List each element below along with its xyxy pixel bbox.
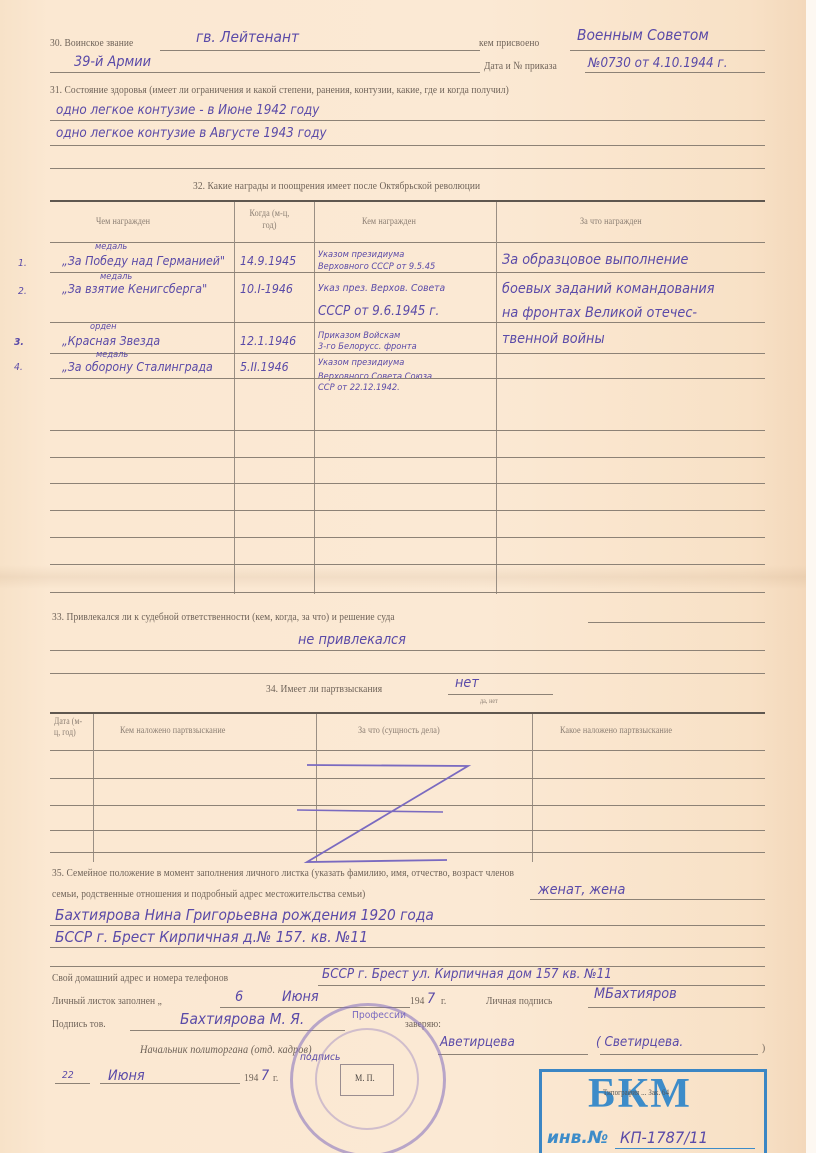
award-by-1b: Верховного СССР от 9.5.45 bbox=[318, 262, 435, 272]
party-penalty-label: 34. Имеет ли партвзыскания bbox=[266, 683, 382, 695]
award-by-1a: Указом президиума bbox=[318, 250, 404, 260]
award-type-3: орден bbox=[90, 322, 117, 332]
paper-edge bbox=[806, 0, 816, 1153]
chief-close: ) bbox=[762, 1042, 765, 1054]
awards-empty-rule bbox=[50, 430, 765, 431]
party-penalty-line bbox=[448, 694, 553, 695]
award-reason-line-1: За образцовое выполнение bbox=[502, 252, 688, 268]
award-type-2: медаль bbox=[100, 272, 132, 282]
inventory-label: инв.№ bbox=[547, 1128, 608, 1148]
party-penalty-hint: да, нет bbox=[480, 697, 498, 705]
awards-row-rule-1 bbox=[50, 272, 765, 273]
health-rule-2 bbox=[50, 145, 765, 146]
assigned-by-label: кем присвоено bbox=[479, 37, 539, 49]
health-line-2: одно легкое контузие в Августе 1943 году bbox=[56, 126, 327, 141]
assigned-by-value: Военным Советом bbox=[577, 26, 709, 44]
penalty-col-reason: За что (сущность дела) bbox=[358, 726, 440, 736]
award-by-3b: 3-го Белорусс. фронта bbox=[318, 342, 417, 352]
chief-name-line bbox=[600, 1054, 758, 1055]
seal-place-text: М. П. bbox=[355, 1074, 375, 1084]
awards-header-rule bbox=[50, 242, 765, 243]
inventory-number: КП-1787/11 bbox=[620, 1128, 708, 1147]
awards-col-when: Когда (м-ц, год) bbox=[248, 208, 291, 232]
order-value: №0730 от 4.10.1944 г. bbox=[588, 56, 728, 71]
award-date-2: 10.I-1946 bbox=[240, 282, 293, 296]
seal-arc-text: Профессии bbox=[352, 1010, 406, 1021]
inventory-line bbox=[615, 1148, 755, 1149]
cert-date-month: Июня bbox=[108, 1068, 145, 1084]
penalty-col-divider-3 bbox=[532, 714, 533, 862]
award-reason-line-4: твенной войны bbox=[502, 331, 605, 347]
award-by-4a: Указом президиума bbox=[318, 358, 404, 368]
filled-year-prefix: 194 bbox=[410, 995, 424, 1007]
personal-signature-line bbox=[588, 1007, 765, 1008]
awards-col-divider-2 bbox=[314, 202, 315, 594]
awards-col-by: Кем награжден bbox=[362, 217, 416, 227]
chief-signature-line bbox=[438, 1054, 588, 1055]
personal-signature-label: Личная подпись bbox=[486, 995, 552, 1007]
award-reason-line-3: на фронтах Великой отечес- bbox=[502, 305, 697, 321]
penalty-col-divider-1 bbox=[93, 714, 94, 862]
court-line-1 bbox=[588, 622, 765, 623]
awards-empty-rule bbox=[50, 510, 765, 511]
order-line bbox=[585, 72, 765, 73]
filled-year-suffix: 7 bbox=[427, 991, 435, 1007]
awards-empty-rule bbox=[50, 457, 765, 458]
award-name-4: „За оборону Сталинграда bbox=[62, 360, 213, 374]
awards-table-top bbox=[50, 200, 765, 202]
z-strikeout-mark bbox=[285, 760, 485, 870]
army-value: 39-й Армии bbox=[74, 54, 151, 70]
cert-year-prefix: 194 bbox=[244, 1072, 258, 1084]
award-name-3: „Красная Звезда bbox=[62, 334, 160, 348]
awards-row-rule-3 bbox=[50, 353, 765, 354]
awards-empty-rule bbox=[50, 564, 765, 565]
penalty-col-date: Дата (м-ц, год) bbox=[54, 716, 85, 738]
awards-row-rule-2 bbox=[50, 322, 765, 323]
army-line bbox=[50, 72, 480, 73]
rank-line bbox=[160, 50, 480, 51]
award-by-4c: ССР от 22.12.1942. bbox=[318, 383, 400, 393]
award-date-1: 14.9.1945 bbox=[240, 254, 296, 268]
family-inline-line bbox=[530, 899, 765, 900]
health-label: 31. Состояние здоровья (имеет ли огранич… bbox=[50, 84, 509, 96]
awards-empty-rule bbox=[50, 483, 765, 484]
cert-year-unit: г. bbox=[273, 1072, 278, 1084]
awards-empty-rule bbox=[50, 537, 765, 538]
court-line-2 bbox=[50, 650, 765, 651]
filled-year-unit: г. bbox=[441, 995, 446, 1007]
cert-date-day-line bbox=[55, 1083, 90, 1084]
award-by-4b: Верховного Совета Союза bbox=[318, 372, 432, 382]
paper-fold bbox=[0, 565, 806, 589]
award-type-1: медаль bbox=[95, 242, 127, 252]
cert-date-month-line bbox=[100, 1083, 240, 1084]
award-num-4: 4. bbox=[14, 362, 23, 373]
awards-row-rule-4 bbox=[50, 378, 765, 379]
filled-label: Личный листок заполнен „ bbox=[52, 995, 162, 1007]
filled-month: Июня bbox=[282, 989, 319, 1005]
home-address-value: БССР г. Брест ул. Кирпичная дом 157 кв. … bbox=[322, 967, 612, 982]
signature-of-label: Подпись тов. bbox=[52, 1018, 106, 1030]
award-by-3a: Приказом Войскам bbox=[318, 331, 400, 341]
cert-date-day: 22 bbox=[62, 1070, 74, 1081]
party-penalty-value: нет bbox=[455, 675, 479, 691]
signature-of-value: Бахтиярова М. Я. bbox=[180, 1010, 304, 1028]
award-by-2a: Указ през. Верхов. Совета bbox=[318, 283, 445, 294]
family-rule-2 bbox=[50, 947, 765, 948]
health-line-1: одно легкое контузие - в Июне 1942 году bbox=[56, 103, 319, 118]
award-num-2: 2. bbox=[18, 286, 27, 297]
rank-value: гв. Лейтенант bbox=[196, 28, 299, 46]
penalty-col-kind: Какое наложено партвзыскание bbox=[560, 726, 672, 736]
award-num-3: 3. bbox=[14, 337, 24, 348]
printer-note: Типография ... Зак. 64 bbox=[603, 1088, 669, 1097]
home-address-label: Свой домашний адрес и номера телефонов bbox=[52, 972, 228, 984]
chief-name: ( Светирцева. bbox=[596, 1035, 683, 1050]
penalty-col-by: Кем наложено партвзыскание bbox=[120, 726, 225, 736]
award-name-1: „За Победу над Германией" bbox=[62, 254, 225, 268]
penalty-header-rule bbox=[50, 750, 765, 751]
awards-empty-rule bbox=[50, 592, 765, 593]
chief-signature: Аветирцева bbox=[440, 1035, 515, 1050]
awards-title: 32. Какие награды и поощрения имеет посл… bbox=[193, 180, 480, 192]
award-num-1: 1. bbox=[18, 258, 27, 269]
award-type-4: медаль bbox=[96, 350, 128, 360]
order-label: Дата и № приказа bbox=[484, 60, 557, 72]
health-rule-1 bbox=[50, 120, 765, 121]
court-label: 33. Привлекался ли к судебной ответствен… bbox=[52, 611, 395, 623]
rank-label: 30. Воинское звание bbox=[50, 37, 133, 49]
awards-col-reason: За что награжден bbox=[580, 217, 642, 227]
health-rule-3 bbox=[50, 168, 765, 169]
family-label-2: семьи, родственные отношения и подробный… bbox=[52, 888, 365, 900]
family-label-1: 35. Семейное положение в момент заполнен… bbox=[52, 867, 514, 879]
award-name-2: „За взятие Кенигсберга" bbox=[62, 282, 207, 296]
filled-day: 6 bbox=[235, 989, 243, 1005]
family-rule-1 bbox=[50, 925, 765, 926]
awards-col-divider-1 bbox=[234, 202, 235, 594]
family-line-1: Бахтиярова Нина Григорьевна рождения 192… bbox=[55, 906, 434, 924]
awards-col-what: Чем награжден bbox=[96, 217, 150, 227]
family-inline-value: женат, жена bbox=[538, 882, 625, 898]
awards-col-divider-3 bbox=[496, 202, 497, 594]
court-value: не привлекался bbox=[298, 632, 406, 648]
home-address-line bbox=[318, 985, 765, 986]
penalty-table-top bbox=[50, 712, 765, 714]
family-line-2: БССР г. Брест Кирпичная д.№ 157. кв. №11 bbox=[55, 928, 368, 946]
cert-year-suffix: 7 bbox=[261, 1068, 269, 1084]
award-by-2b: СССР от 9.6.1945 г. bbox=[318, 304, 439, 319]
court-line-3 bbox=[50, 673, 765, 674]
chief-label: Начальник политоргана (отд. кадров) bbox=[140, 1042, 312, 1057]
assigned-by-line bbox=[570, 50, 765, 51]
award-date-4: 5.II.1946 bbox=[240, 360, 289, 374]
award-reason-line-2: боевых заданий командования bbox=[502, 281, 715, 297]
award-date-3: 12.1.1946 bbox=[240, 334, 296, 348]
personal-signature: МБахтияров bbox=[594, 986, 677, 1002]
